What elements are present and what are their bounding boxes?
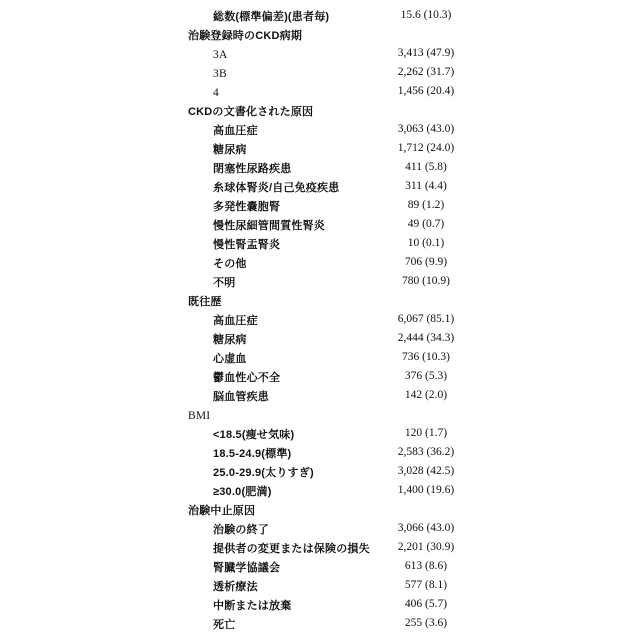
row-value: 706 (9.9): [356, 253, 496, 272]
table-section-row: BMI: [0, 405, 640, 424]
table-row: 総数(標準偏差)(患者毎)15.6 (10.3): [0, 6, 640, 25]
row-value: 255 (3.6): [356, 614, 496, 633]
row-value: 780 (10.9): [356, 272, 496, 291]
row-value: 3,066 (43.0): [356, 519, 496, 538]
table-row: 中断または放棄406 (5.7): [0, 595, 640, 614]
row-value: 120 (1.7): [356, 424, 496, 443]
row-value: 406 (5.7): [356, 595, 496, 614]
table-row: 脳血管疾患142 (2.0): [0, 386, 640, 405]
row-value: 89 (1.2): [356, 196, 496, 215]
row-value: 1,400 (19.6): [356, 481, 496, 500]
table-row: 25.0-29.9(太りすぎ)3,028 (42.5): [0, 462, 640, 481]
row-value: 2,262 (31.7): [356, 63, 496, 82]
row-value: 577 (8.1): [356, 576, 496, 595]
table-row: 高血圧症6,067 (85.1): [0, 310, 640, 329]
row-value: 613 (8.6): [356, 557, 496, 576]
row-value: 49 (0.7): [356, 215, 496, 234]
table-section-row: 治験中止原因: [0, 500, 640, 519]
table-row: 透析療法577 (8.1): [0, 576, 640, 595]
row-value: 6,067 (85.1): [356, 310, 496, 329]
table-row: <18.5(痩せ気味)120 (1.7): [0, 424, 640, 443]
document-page: 総数(標準偏差)(患者毎)15.6 (10.3)治験登録時のCKD病期3A3,4…: [0, 0, 640, 640]
table-row: 閉塞性尿路疾患411 (5.8): [0, 158, 640, 177]
table-section-row: 治験登録時のCKD病期: [0, 25, 640, 44]
row-label: 死亡: [213, 616, 235, 635]
row-value: 1,456 (20.4): [356, 82, 496, 101]
patient-characteristics-table: 総数(標準偏差)(患者毎)15.6 (10.3)治験登録時のCKD病期3A3,4…: [0, 6, 640, 633]
row-value: 3,063 (43.0): [356, 120, 496, 139]
table-row: 41,456 (20.4): [0, 82, 640, 101]
table-row: ≥30.0(肥満)1,400 (19.6): [0, 481, 640, 500]
row-value: 2,444 (34.3): [356, 329, 496, 348]
table-row: 糖尿病2,444 (34.3): [0, 329, 640, 348]
table-section-row: 既往歴: [0, 291, 640, 310]
row-value: 376 (5.3): [356, 367, 496, 386]
table-row: 18.5-24.9(標準)2,583 (36.2): [0, 443, 640, 462]
row-value: 142 (2.0): [356, 386, 496, 405]
table-row: 多発性嚢胞腎89 (1.2): [0, 196, 640, 215]
row-value: 1,712 (24.0): [356, 139, 496, 158]
row-value: 10 (0.1): [356, 234, 496, 253]
row-value: 736 (10.3): [356, 348, 496, 367]
table-row: 3B2,262 (31.7): [0, 63, 640, 82]
table-row: 糖尿病1,712 (24.0): [0, 139, 640, 158]
table-row: 慢性腎盂腎炎10 (0.1): [0, 234, 640, 253]
table-section-row: CKDの文書化された原因: [0, 101, 640, 120]
row-value: 15.6 (10.3): [356, 6, 496, 25]
row-value: 311 (4.4): [356, 177, 496, 196]
table-row: 治験の終了3,066 (43.0): [0, 519, 640, 538]
table-row: 腎臓学協議会613 (8.6): [0, 557, 640, 576]
row-value: 411 (5.8): [356, 158, 496, 177]
table-row: 不明780 (10.9): [0, 272, 640, 291]
table-row: 高血圧症3,063 (43.0): [0, 120, 640, 139]
row-value: 2,201 (30.9): [356, 538, 496, 557]
row-value: 3,413 (47.9): [356, 44, 496, 63]
table-row: 3A3,413 (47.9): [0, 44, 640, 63]
table-row: 鬱血性心不全376 (5.3): [0, 367, 640, 386]
row-value: 3,028 (42.5): [356, 462, 496, 481]
table-row: 糸球体腎炎/自己免疫疾患311 (4.4): [0, 177, 640, 196]
table-row: 慢性尿細管間質性腎炎49 (0.7): [0, 215, 640, 234]
table-row: 心虚血736 (10.3): [0, 348, 640, 367]
table-row: その他706 (9.9): [0, 253, 640, 272]
table-row: 死亡255 (3.6): [0, 614, 640, 633]
table-row: 提供者の変更または保険の損失2,201 (30.9): [0, 538, 640, 557]
row-value: 2,583 (36.2): [356, 443, 496, 462]
